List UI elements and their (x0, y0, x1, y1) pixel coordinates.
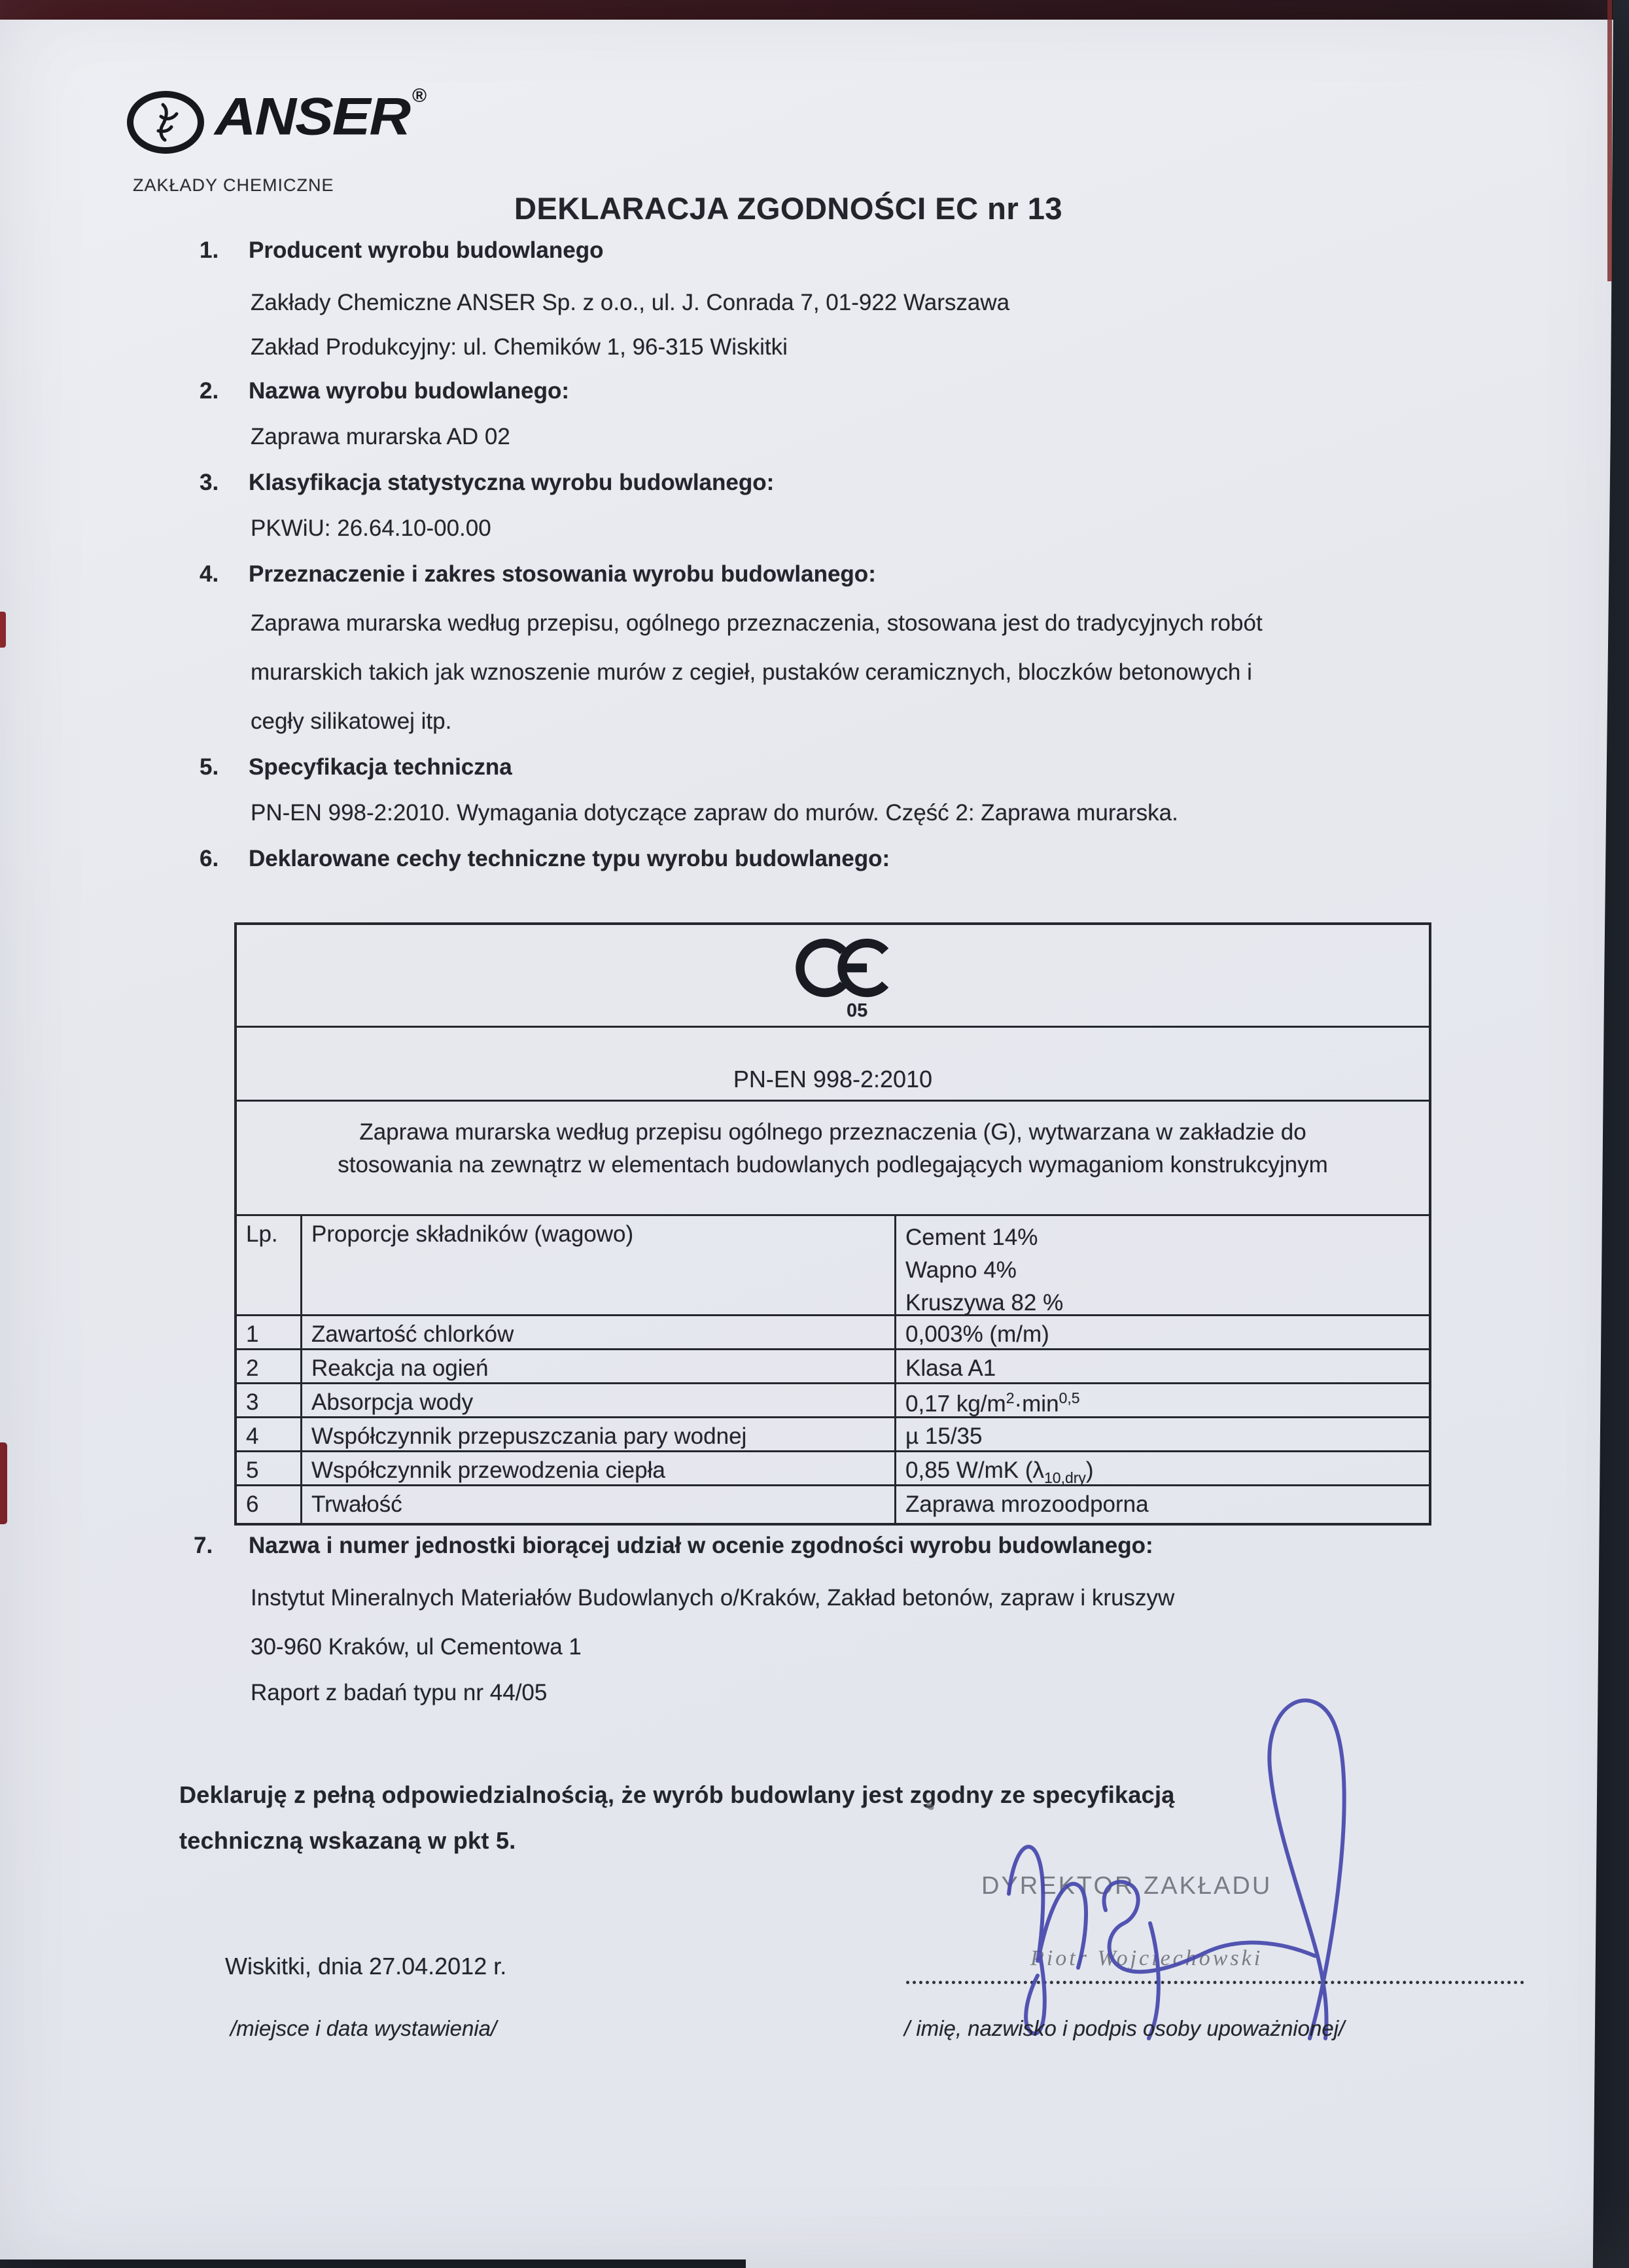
section-heading: Klasyfikacja statystyczna wyrobu budowla… (249, 470, 774, 496)
row-lp: 4 (237, 1418, 300, 1452)
row-lp: 5 (237, 1452, 300, 1486)
row-value: 0,85 W/mK (λ10,dry) (894, 1452, 1429, 1486)
row-value: 0,003% (m/m) (894, 1316, 1429, 1350)
column-header-values: Cement 14% Wapno 4% Kruszywa 82 % (894, 1216, 1429, 1316)
row-value: Klasa A1 (894, 1350, 1429, 1384)
row-lp: 2 (237, 1350, 300, 1384)
place-date-caption: /miejsce i data wystawienia/ (230, 2016, 497, 2041)
registered-trademark-icon: ® (412, 85, 427, 107)
row-lp: 6 (237, 1486, 300, 1523)
page-title: DEKLARACJA ZGODNOŚCI EC nr 13 (0, 190, 1577, 226)
anser-goose-icon (126, 90, 205, 158)
section-line: Raport z badań typu nr 44/05 (251, 1680, 547, 1706)
column-header-property: Proporcje składników (wagowo) (300, 1216, 894, 1316)
section-line: PKWiU: 26.64.10-00.00 (251, 515, 491, 542)
row-property: Współczynnik przewodzenia ciepła (300, 1452, 894, 1486)
section-line: Zakłady Chemiczne ANSER Sp. z o.o., ul. … (251, 290, 1009, 316)
product-description-cell: Zaprawa murarska według przepisu ogólneg… (237, 1102, 1429, 1216)
section-heading: Nazwa wyrobu budowlanego: (249, 378, 569, 404)
section-line: Instytut Mineralnych Materiałów Budowlan… (251, 1585, 1174, 1611)
section-heading: Nazwa i numer jednostki biorącej udział … (249, 1533, 1153, 1559)
company-logo: ANSER ® (126, 84, 427, 158)
section-heading: Deklarowane cechy techniczne typu wyrobu… (249, 846, 890, 872)
section-line: PN-EN 998-2:2010. Wymagania dotyczące za… (251, 800, 1178, 826)
declared-characteristics-table: 05 PN-EN 998-2:2010 Zaprawa murarska wed… (234, 922, 1431, 1526)
row-property: Absorpcja wody (300, 1384, 894, 1418)
ce-notified-body-number: 05 (847, 1000, 898, 1022)
scan-edge-top (0, 0, 1629, 20)
standard-reference: PN-EN 998-2:2010 (237, 1028, 1429, 1102)
section-line: Zakład Produkcyjny: ul. Chemików 1, 96-3… (251, 334, 788, 360)
section-number: 2. (200, 378, 219, 404)
section-number: 7. (194, 1533, 213, 1559)
row-property: Współczynnik przepuszczania pary wodnej (300, 1418, 894, 1452)
section-heading: Przeznaczenie i zakres stosowania wyrobu… (249, 561, 876, 587)
signature-caption: / imię, nazwisko i podpis osoby upoważni… (904, 2016, 1344, 2041)
section-heading: Specyfikacja techniczna (249, 754, 512, 780)
ce-mark-icon (794, 934, 898, 1002)
section-heading: Producent wyrobu budowlanego (249, 237, 604, 264)
column-header-lp: Lp. (237, 1216, 300, 1316)
section-line: 30-960 Kraków, ul Cementowa 1 (251, 1634, 582, 1660)
section-line: Zaprawa murarska według przepisu, ogólne… (251, 610, 1263, 637)
description-line: stosowania na zewnątrz w elementach budo… (237, 1149, 1429, 1181)
ce-mark: 05 (794, 934, 898, 1022)
row-property: Reakcja na ogień (300, 1350, 894, 1384)
properties-grid: Lp. Proporcje składników (wagowo) Cement… (237, 1216, 1429, 1523)
row-value: Zaprawa mrozoodporna (894, 1486, 1429, 1523)
section-line: cegły silikatowej itp. (251, 708, 451, 735)
scan-edge-left-mark-1 (0, 612, 6, 648)
row-lp: 3 (237, 1384, 300, 1418)
logo-brand-text: ANSER (215, 86, 410, 147)
scan-edge-left-mark-2 (0, 1442, 7, 1524)
row-value: 0,17 kg/m2·min0,5 (894, 1384, 1429, 1418)
section-line: Zaprawa murarska AD 02 (251, 424, 510, 450)
row-property: Zawartość chlorków (300, 1316, 894, 1350)
section-number: 3. (200, 470, 219, 496)
section-number: 1. (200, 237, 219, 264)
place-and-date: Wiskitki, dnia 27.04.2012 r. (225, 1953, 506, 1980)
section-number: 5. (200, 754, 219, 780)
handwritten-signature (975, 1675, 1400, 2054)
section-number: 6. (200, 846, 219, 872)
scan-edge-bottom (0, 2259, 746, 2268)
scanned-declaration-document: ANSER ® ZAKŁADY CHEMICZNE DEKLARACJA ZGO… (0, 0, 1629, 2268)
row-property: Trwałość (300, 1486, 894, 1523)
ce-mark-cell: 05 (237, 925, 1429, 1028)
declaration-statement-line: techniczną wskazaną w pkt 5. (179, 1827, 516, 1855)
section-line: murarskich takich jak wznoszenie murów z… (251, 659, 1252, 686)
row-value: µ 15/35 (894, 1418, 1429, 1452)
row-lp: 1 (237, 1316, 300, 1350)
description-line: Zaprawa murarska według przepisu ogólneg… (237, 1116, 1429, 1149)
scan-edge-right-red-line (1607, 0, 1612, 281)
section-number: 4. (200, 561, 219, 587)
scan-edge-right (1590, 0, 1629, 2268)
